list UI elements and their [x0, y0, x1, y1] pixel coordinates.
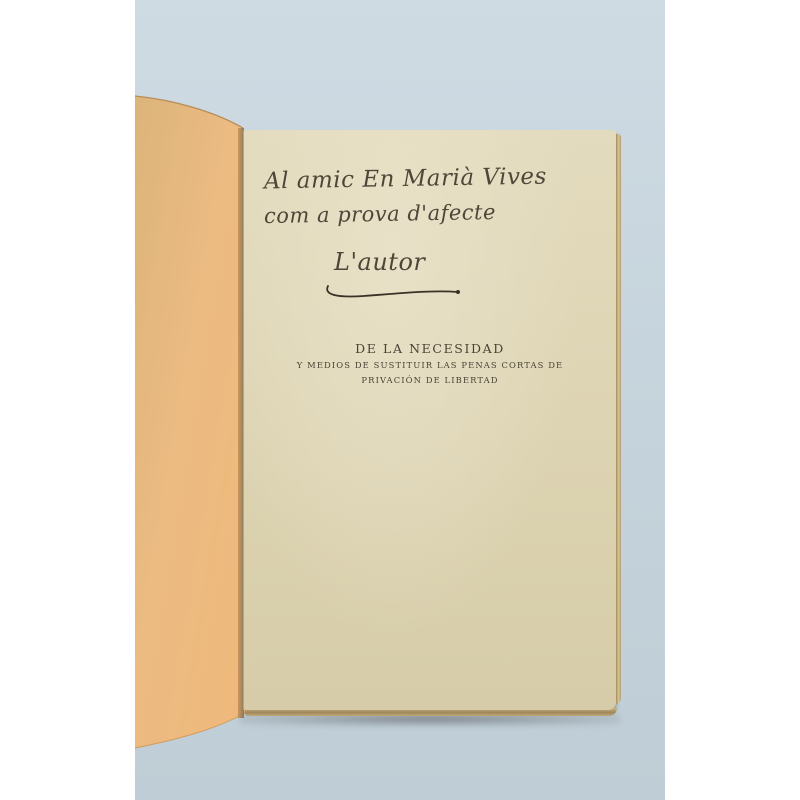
- handwritten-dedication: Al amic En Marià Vives com a prova d'afe…: [244, 130, 616, 330]
- book-subtitle-line-2: PRIVACIÓN DE LIBERTAD: [244, 373, 616, 388]
- book-title: DE LA NECESIDAD: [244, 340, 616, 358]
- title-page: Al amic En Marià Vives com a prova d'afe…: [243, 130, 616, 710]
- signature-flourish: [324, 280, 464, 300]
- book-photo: Al amic En Marià Vives com a prova d'afe…: [135, 0, 665, 800]
- page-block: Al amic En Marià Vives com a prova d'afe…: [243, 130, 615, 710]
- author-signature: L'autor: [334, 248, 425, 276]
- dedication-line-1: Al amic En Marià Vives: [264, 164, 547, 195]
- book-subtitle-line-1: Y MEDIOS DE SUSTITUIR LAS PENAS CORTAS D…: [244, 358, 616, 373]
- dedication-line-2: com a prova d'afecte: [264, 200, 496, 228]
- printed-title: DE LA NECESIDAD Y MEDIOS DE SUSTITUIR LA…: [244, 340, 616, 388]
